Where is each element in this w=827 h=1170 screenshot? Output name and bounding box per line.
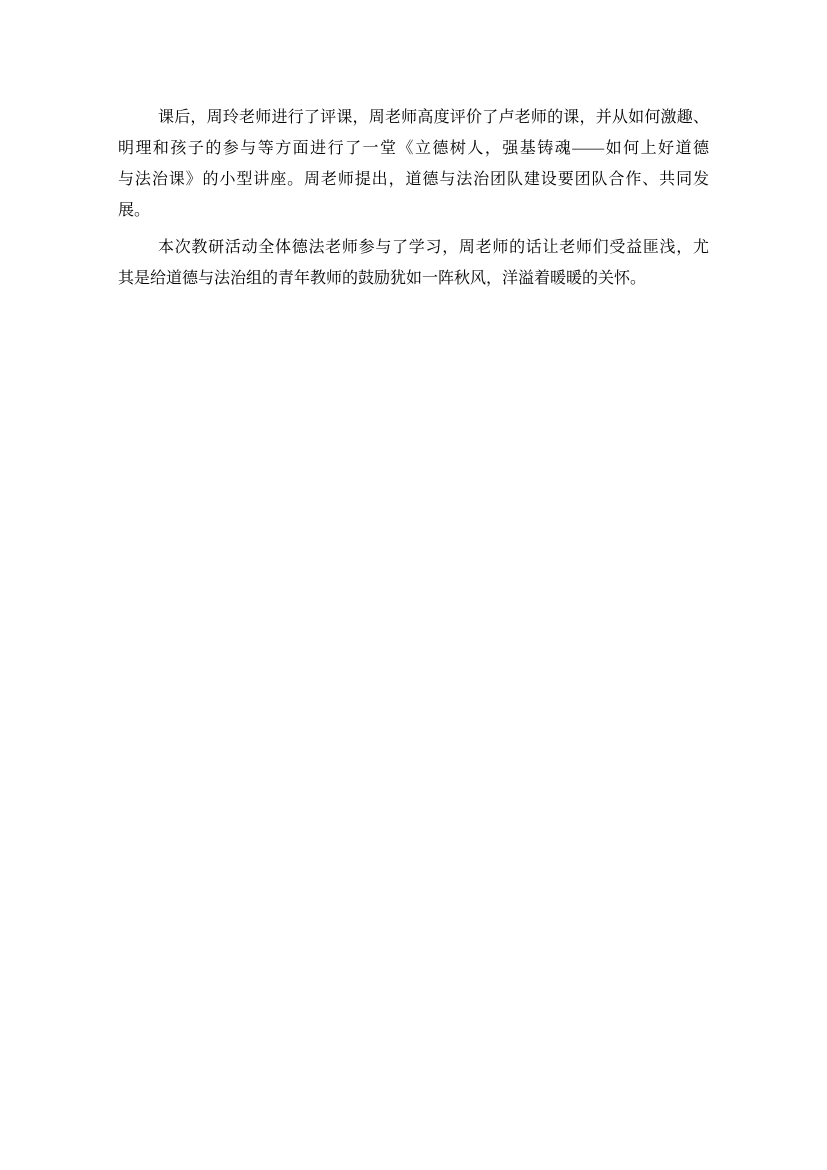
text-line: 与法治课》的小型讲座。周老师提出，道德与法治团队建设要团队合作、共同发 bbox=[118, 164, 709, 195]
text-line: 本次教研活动全体德法老师参与了学习，周老师的话让老师们受益匪浅，尤 bbox=[118, 232, 709, 263]
paragraph-1: 课后，周玲老师进行了评课，周老师高度评价了卢老师的课，并从如何激趣、 明理和孩子… bbox=[118, 102, 709, 226]
paragraph-2: 本次教研活动全体德法老师参与了学习，周老师的话让老师们受益匪浅，尤 其是给道德与… bbox=[118, 232, 709, 294]
text-line: 展。 bbox=[118, 195, 709, 226]
text-block: 课后，周玲老师进行了评课，周老师高度评价了卢老师的课，并从如何激趣、 明理和孩子… bbox=[118, 102, 709, 294]
text-line: 课后，周玲老师进行了评课，周老师高度评价了卢老师的课，并从如何激趣、 bbox=[118, 102, 709, 133]
document-page: 课后，周玲老师进行了评课，周老师高度评价了卢老师的课，并从如何激趣、 明理和孩子… bbox=[0, 0, 827, 1170]
text-line: 明理和孩子的参与等方面进行了一堂《立德树人，强基铸魂——如何上好道德 bbox=[118, 133, 709, 164]
text-line: 其是给道德与法治组的青年教师的鼓励犹如一阵秋风，洋溢着暖暖的关怀。 bbox=[118, 263, 709, 294]
